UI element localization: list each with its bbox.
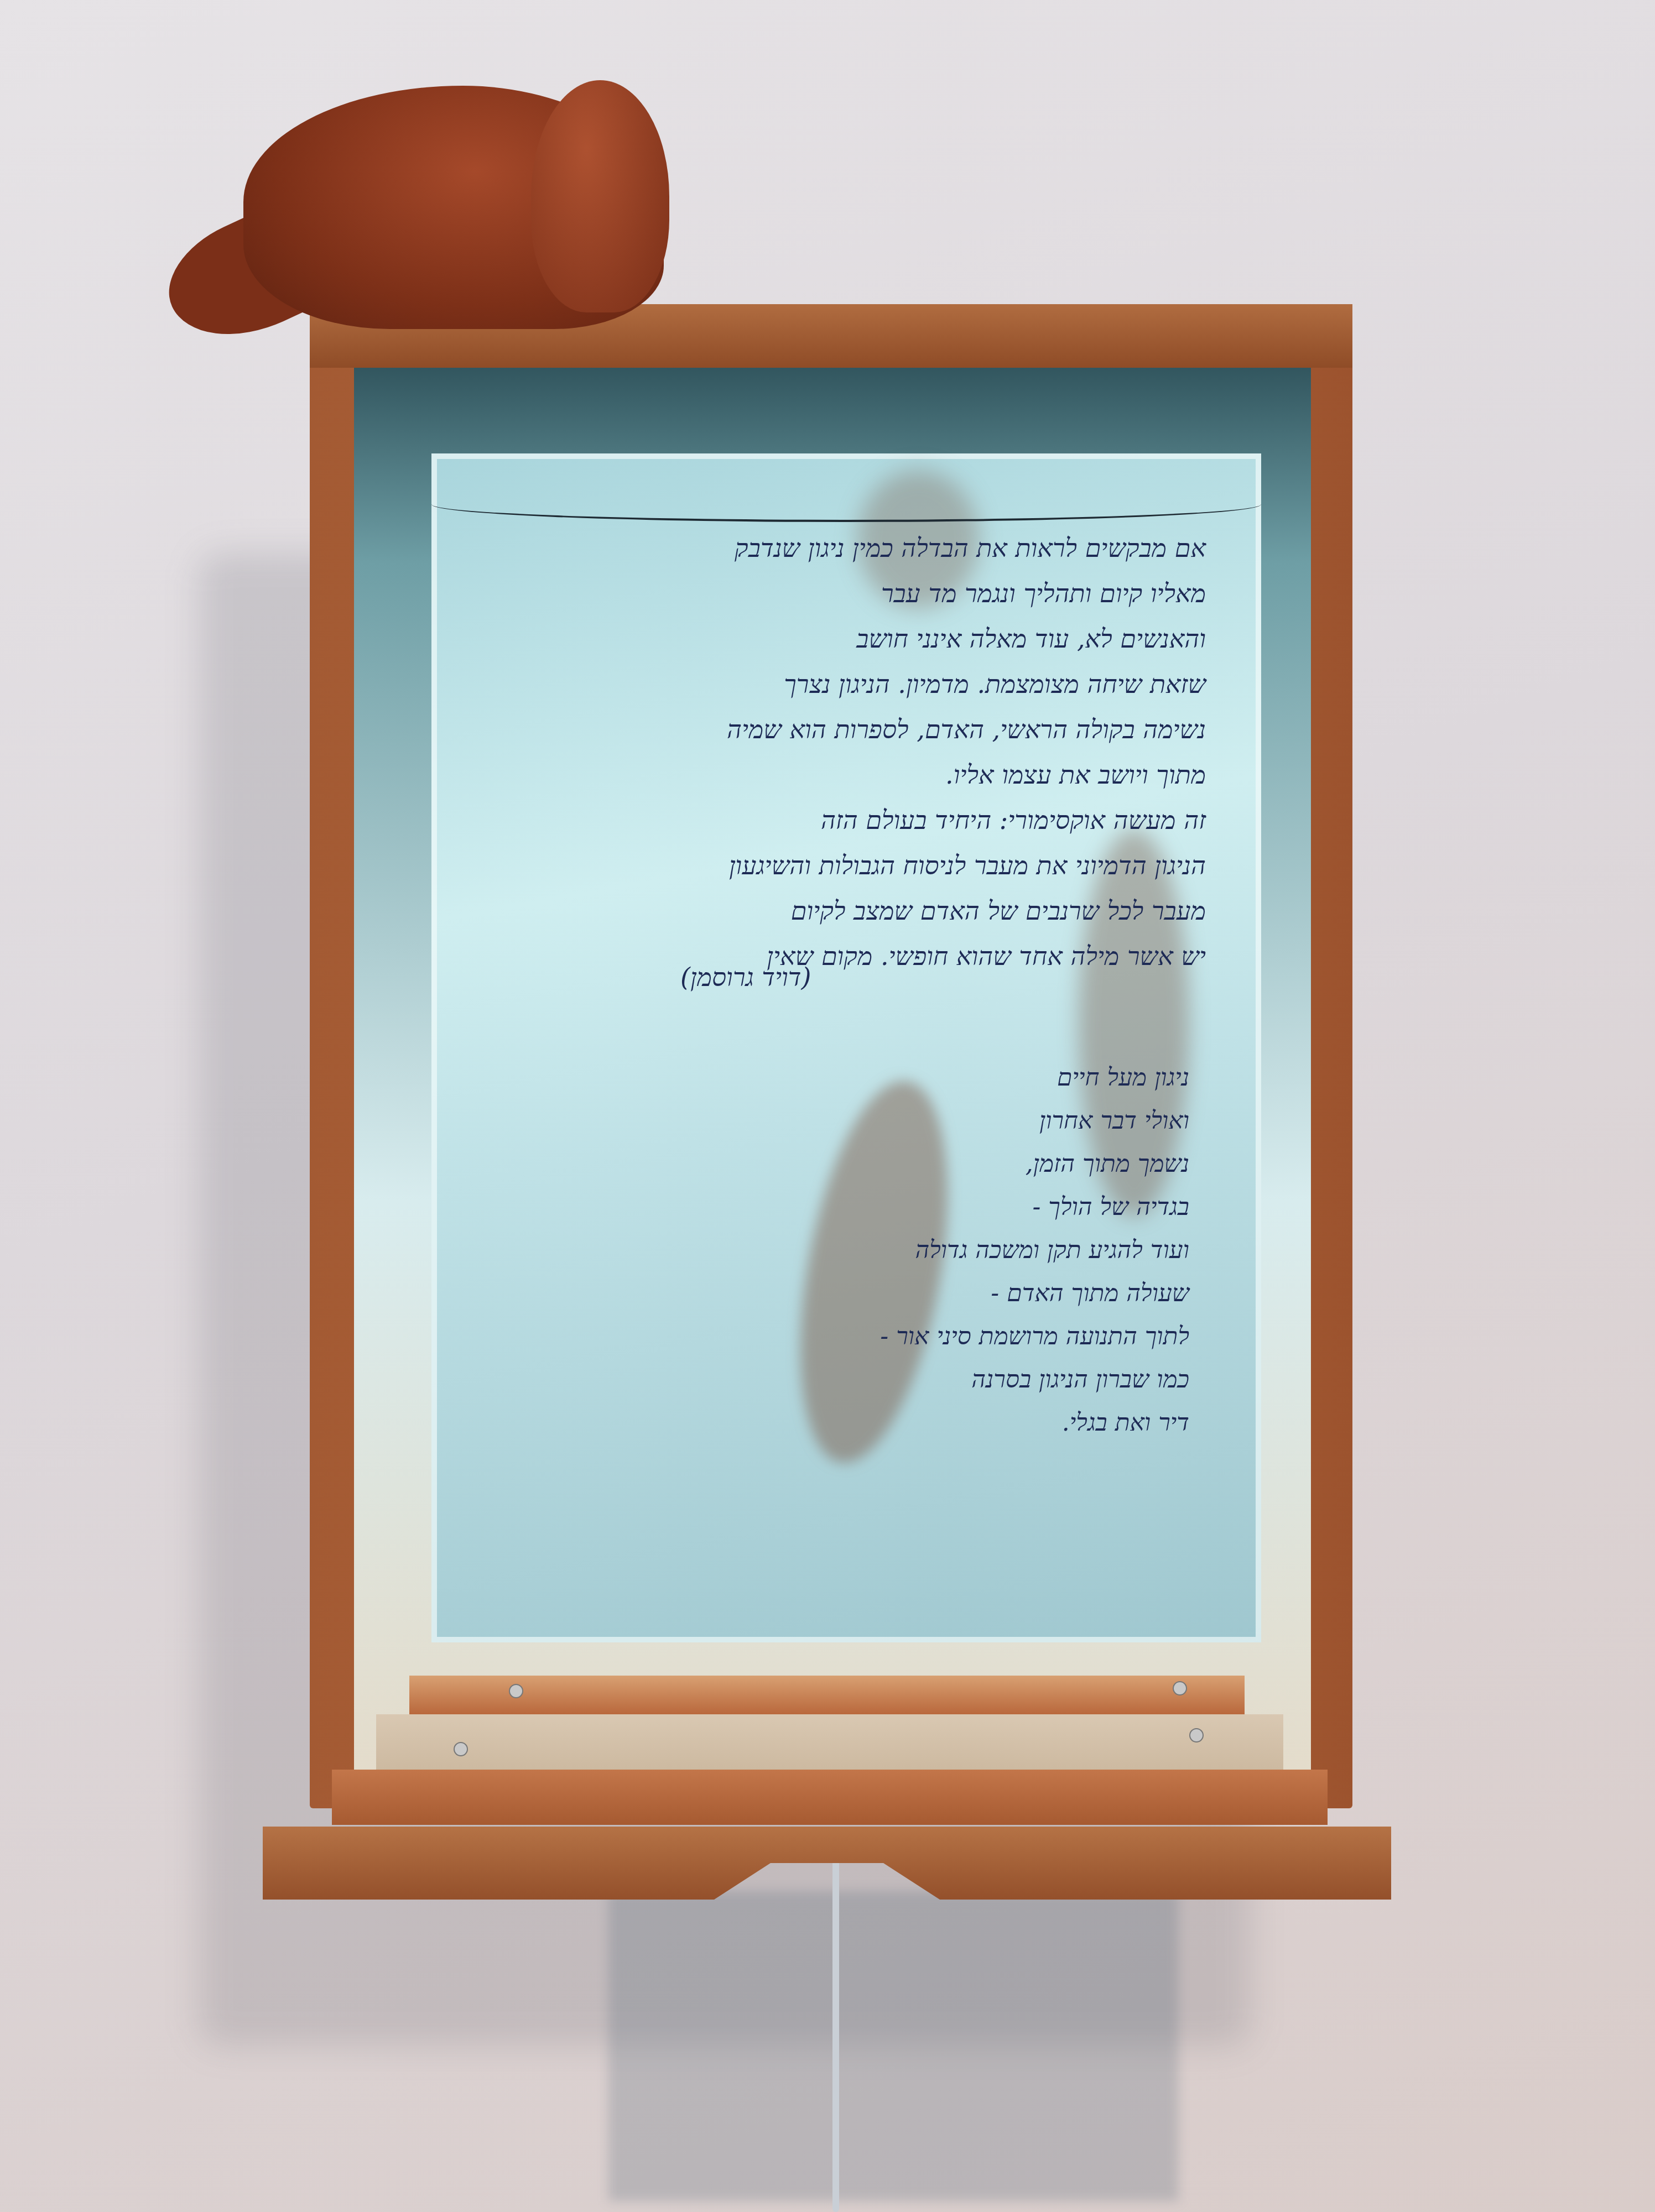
text-line: ועוד להגיע תקן ומשכה גדולה bbox=[636, 1229, 1189, 1272]
screw-icon bbox=[509, 1684, 523, 1698]
text-line: מתוך ויושב את עצמו אליו. bbox=[498, 752, 1206, 797]
text-line: אם מבקשים לראות את הבדלה כמין ניגון שנדב… bbox=[498, 525, 1206, 571]
text-line: מאליו קיום ותהליך ונגמר מד עבר bbox=[498, 571, 1206, 616]
text-line: נשמך מתוך הזמן, bbox=[636, 1142, 1189, 1186]
text-line: ניגון מעל חיים bbox=[636, 1056, 1189, 1099]
screw-icon bbox=[1189, 1728, 1204, 1743]
screw-icon bbox=[454, 1742, 468, 1756]
bird-head bbox=[531, 80, 669, 312]
text-line: הניגון הדמיוני את מעבר לניסוח הגבולות וה… bbox=[498, 843, 1206, 888]
text-line: והאנשים לא, עוד מאלה אינני חושב bbox=[498, 616, 1206, 661]
attribution: (דויד גרוסמן) bbox=[680, 962, 811, 992]
text-line: שזאת שיחה מצומצמת. מדמיון. הניגון נצרך bbox=[498, 661, 1206, 707]
text-line: בגדיה של הולך - bbox=[636, 1186, 1189, 1229]
text-line: יש אשר מילה אחד שהוא חופשי. מקום שאין bbox=[498, 933, 1206, 979]
shelf-shadow bbox=[608, 1891, 1178, 2201]
text-line: שעולה מתוך האדם - bbox=[636, 1272, 1189, 1315]
text-line: זה מעשה אוקסימורי: היחיד בעולם הזה bbox=[498, 797, 1206, 843]
power-cord bbox=[832, 1853, 839, 2212]
screw-icon bbox=[1173, 1681, 1187, 1695]
text-line: לתוך התנועה מרושמת סיני אור - bbox=[636, 1315, 1189, 1358]
text-line: נשימה בקולה הראשי, האדם, לספרות הוא שמיה bbox=[498, 707, 1206, 752]
hanging-wire bbox=[431, 487, 1261, 522]
carved-bird-sculpture bbox=[166, 80, 675, 357]
handwritten-text-upper: אם מבקשים לראות את הבדלה כמין ניגון שנדב… bbox=[498, 525, 1206, 979]
text-line: כמו שברון הניגון בסרנה bbox=[636, 1358, 1189, 1401]
text-line: מעבר לכל שרנבים של האדם שמצב לקיום bbox=[498, 888, 1206, 933]
handwritten-text-lower: ניגון מעל חיים ואולי דבר אחרון נשמך מתוך… bbox=[636, 1056, 1189, 1444]
text-line: דיר ואת בגלי. bbox=[636, 1401, 1189, 1444]
text-line: ואולי דבר אחרון bbox=[636, 1099, 1189, 1142]
glass-bottom-rail bbox=[409, 1676, 1245, 1714]
cabinet-front-rail bbox=[332, 1770, 1328, 1825]
